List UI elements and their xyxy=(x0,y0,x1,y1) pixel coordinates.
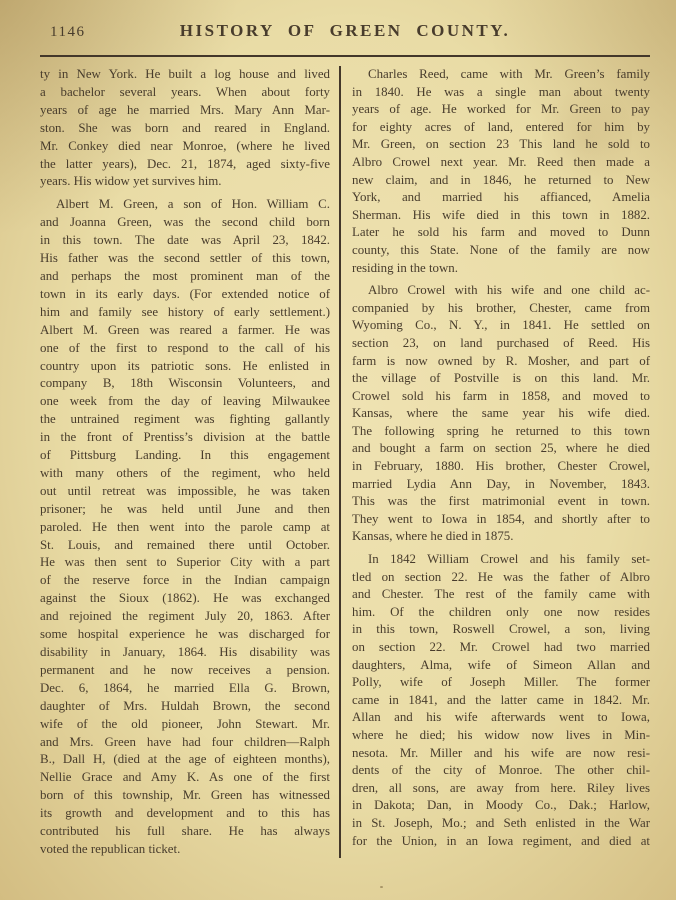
text-line: in St. Joseph, Mo.; and Seth enlisted in… xyxy=(352,815,650,833)
text-line: This was the first matrimonial event in … xyxy=(352,493,650,511)
text-line: its growth and development and to this h… xyxy=(40,805,330,823)
text-line: him and family see history of early sett… xyxy=(40,304,330,322)
text-line: of Pittsburg Landing. In this engagement xyxy=(40,447,330,465)
text-line: Mr. Green, on section 23 This land he so… xyxy=(352,136,650,154)
text-line: They went to Iowa in 1854, and shortly a… xyxy=(352,511,650,529)
text-line: in this town, Roswell Crowel, a son, liv… xyxy=(352,621,650,639)
text-line: him. Of the children only one now reside… xyxy=(352,604,650,622)
text-line: York, and married his affianced, Amelia xyxy=(352,189,650,207)
text-line: His father was the second settler of thi… xyxy=(40,250,330,268)
text-line: Later he sold his farm and moved to Dunn xyxy=(352,224,650,242)
text-line: born of this township, Mr. Green has wit… xyxy=(40,787,330,805)
text-line: in the front of Prentiss’s division at t… xyxy=(40,429,330,447)
text-line: farm is now owned by R. Mosher, and part… xyxy=(352,353,650,371)
text-line: on section 22. Mr. Crowel had two marrie… xyxy=(352,639,650,657)
text-line: of the reserve force in the Indian campa… xyxy=(40,572,330,590)
text-line: in February, 1880. His brother, Chester … xyxy=(352,458,650,476)
text-line: He was then sent to Superior City with a… xyxy=(40,554,330,572)
text-line: Albro Crowel next year. Mr. Reed then ma… xyxy=(352,154,650,172)
text-line: and Chester. The rest of the family came… xyxy=(352,586,650,604)
text-line: with many others of the regiment, who he… xyxy=(40,465,330,483)
text-line: years of age. He worked for Mr. Green to… xyxy=(352,101,650,119)
text-line: ty in New York. He built a log house and… xyxy=(40,66,330,84)
text-line: new claim, and in 1846, he returned to N… xyxy=(352,172,650,190)
text-line: Kansas, where the same year his wife die… xyxy=(352,405,650,423)
paragraph: Albert M. Green, a son of Hon. William C… xyxy=(40,196,330,859)
text-line: for the Union, in an Iowa regiment, and … xyxy=(352,833,650,851)
text-line: years. His widow yet survives him. xyxy=(40,173,330,191)
text-line: daughters, Alma, wife of Simeon Allan an… xyxy=(352,657,650,675)
text-line: for eighty acres of land, entered for hi… xyxy=(352,119,650,137)
text-line: Wyoming Co., N. Y., in 1841. He settled … xyxy=(352,317,650,335)
text-line: came in 1841, and the latter came in 184… xyxy=(352,692,650,710)
text-line: in this town. The date was April 23, 184… xyxy=(40,232,330,250)
paragraph: ty in New York. He built a log house and… xyxy=(40,66,330,191)
text-line: Charles Reed, came with Mr. Green’s fami… xyxy=(352,66,650,84)
text-line: out until retreat was impossible, he was… xyxy=(40,483,330,501)
text-line: in 1840. He was a single man about twent… xyxy=(352,84,650,102)
text-line: married Lydia Ann Day, in November, 1843… xyxy=(352,476,650,494)
text-line: contributed his full share. He has alway… xyxy=(40,823,330,841)
text-line: daughter of Mrs. Huldah Brown, the secon… xyxy=(40,698,330,716)
text-line: in Dakota; Dan, in Moody Co., Dak.; Harl… xyxy=(352,797,650,815)
text-line: dents of the city of Monroe. The other c… xyxy=(352,762,650,780)
text-line: prisoner; he was held until June and the… xyxy=(40,501,330,519)
text-line: Dec. 6, 1864, he married Ella G. Brown, xyxy=(40,680,330,698)
text-line: a bachelor several years. When about for… xyxy=(40,84,330,102)
text-line: wife of the old pioneer, John Stewart. M… xyxy=(40,716,330,734)
text-line: and perhaps the most prominent man of th… xyxy=(40,268,330,286)
left-column: ty in New York. He built a log house and… xyxy=(40,66,330,866)
text-line: the untrained regiment was fighting gall… xyxy=(40,411,330,429)
text-line: B., Dall H, (died at the age of eighteen… xyxy=(40,751,330,769)
text-line: The following spring he returned to this… xyxy=(352,423,650,441)
text-line: town in its early days. (For extended no… xyxy=(40,286,330,304)
text-line: Kansas, where he died in 1875. xyxy=(352,528,650,546)
text-line: nesota. Mr. Miller and his wife are now … xyxy=(352,745,650,763)
text-line: Sherman. His wife died in this town in 1… xyxy=(352,207,650,225)
text-line: Allan and his wife afterwards went to Io… xyxy=(352,709,650,727)
paragraph: Charles Reed, came with Mr. Green’s fami… xyxy=(352,66,650,277)
text-line: the village of Postville is on this land… xyxy=(352,370,650,388)
book-page: 1146 HISTORY OF GREEN COUNTY. ty in New … xyxy=(0,0,676,900)
text-line: paroled. He then went into the parole ca… xyxy=(40,519,330,537)
page-header: 1146 HISTORY OF GREEN COUNTY. xyxy=(40,21,650,45)
text-line: Crowel sold his farm in 1858, and moved … xyxy=(352,388,650,406)
text-line: Albert M. Green was reared a farmer. He … xyxy=(40,322,330,340)
text-line: Albro Crowel with his wife and one child… xyxy=(352,282,650,300)
text-line: the latter years), Dec. 21, 1874, aged s… xyxy=(40,156,330,174)
text-line: companied by his brother, Chester, came … xyxy=(352,300,650,318)
text-line: one week from the day of leaving Milwauk… xyxy=(40,393,330,411)
text-line: and rejoined the regiment July 20, 1863.… xyxy=(40,608,330,626)
page-title: HISTORY OF GREEN COUNTY. xyxy=(40,21,650,41)
text-line: county, this State. None of the family a… xyxy=(352,242,650,260)
text-line: years of age he married Mrs. Mary Ann Ma… xyxy=(40,102,330,120)
text-line: dren, all sons, are away from here. Rile… xyxy=(352,780,650,798)
text-columns: ty in New York. He built a log house and… xyxy=(40,66,650,866)
paragraph: In 1842 William Crowel and his family se… xyxy=(352,551,650,850)
text-line: against the Sioux (1862). He was exchang… xyxy=(40,590,330,608)
text-line: Polly, wife of Joseph Miller. The former xyxy=(352,674,650,692)
text-line: disability in January, 1864. His disabil… xyxy=(40,644,330,662)
text-line: Mr. Conkey died near Monroe, (where he l… xyxy=(40,138,330,156)
text-line: St. Louis, and remained there until Octo… xyxy=(40,537,330,555)
text-line: country upon its patriotic sons. He enli… xyxy=(40,358,330,376)
header-rule xyxy=(40,55,650,57)
scan-speck xyxy=(380,886,383,888)
text-line: tled on section 22. He was the father of… xyxy=(352,569,650,587)
column-divider-rule xyxy=(339,66,341,858)
text-line: some hospital experience he was discharg… xyxy=(40,626,330,644)
text-line: and Mrs. Green have had four children—Ra… xyxy=(40,734,330,752)
text-line: residing in the town. xyxy=(352,260,650,278)
text-line: and bought a farm on section 25, where h… xyxy=(352,440,650,458)
text-line: In 1842 William Crowel and his family se… xyxy=(352,551,650,569)
text-line: company B, 18th Wisconsin Volunteers, an… xyxy=(40,375,330,393)
text-line: and Joanna Green, was the second child b… xyxy=(40,214,330,232)
text-line: Nellie Grace and Amy K. As one of the fi… xyxy=(40,769,330,787)
text-line: one of the first to respond to the call … xyxy=(40,340,330,358)
text-line: permanent and he now receives a pension. xyxy=(40,662,330,680)
right-column: Charles Reed, came with Mr. Green’s fami… xyxy=(352,66,650,866)
text-line: voted the republican ticket. xyxy=(40,841,330,859)
text-line: ston. She was born and reared in England… xyxy=(40,120,330,138)
paragraph: Albro Crowel with his wife and one child… xyxy=(352,282,650,546)
text-line: section 23, on land purchased of Reed. H… xyxy=(352,335,650,353)
text-line: where he died; his widow now lives in Mi… xyxy=(352,727,650,745)
text-line: Albert M. Green, a son of Hon. William C… xyxy=(40,196,330,214)
